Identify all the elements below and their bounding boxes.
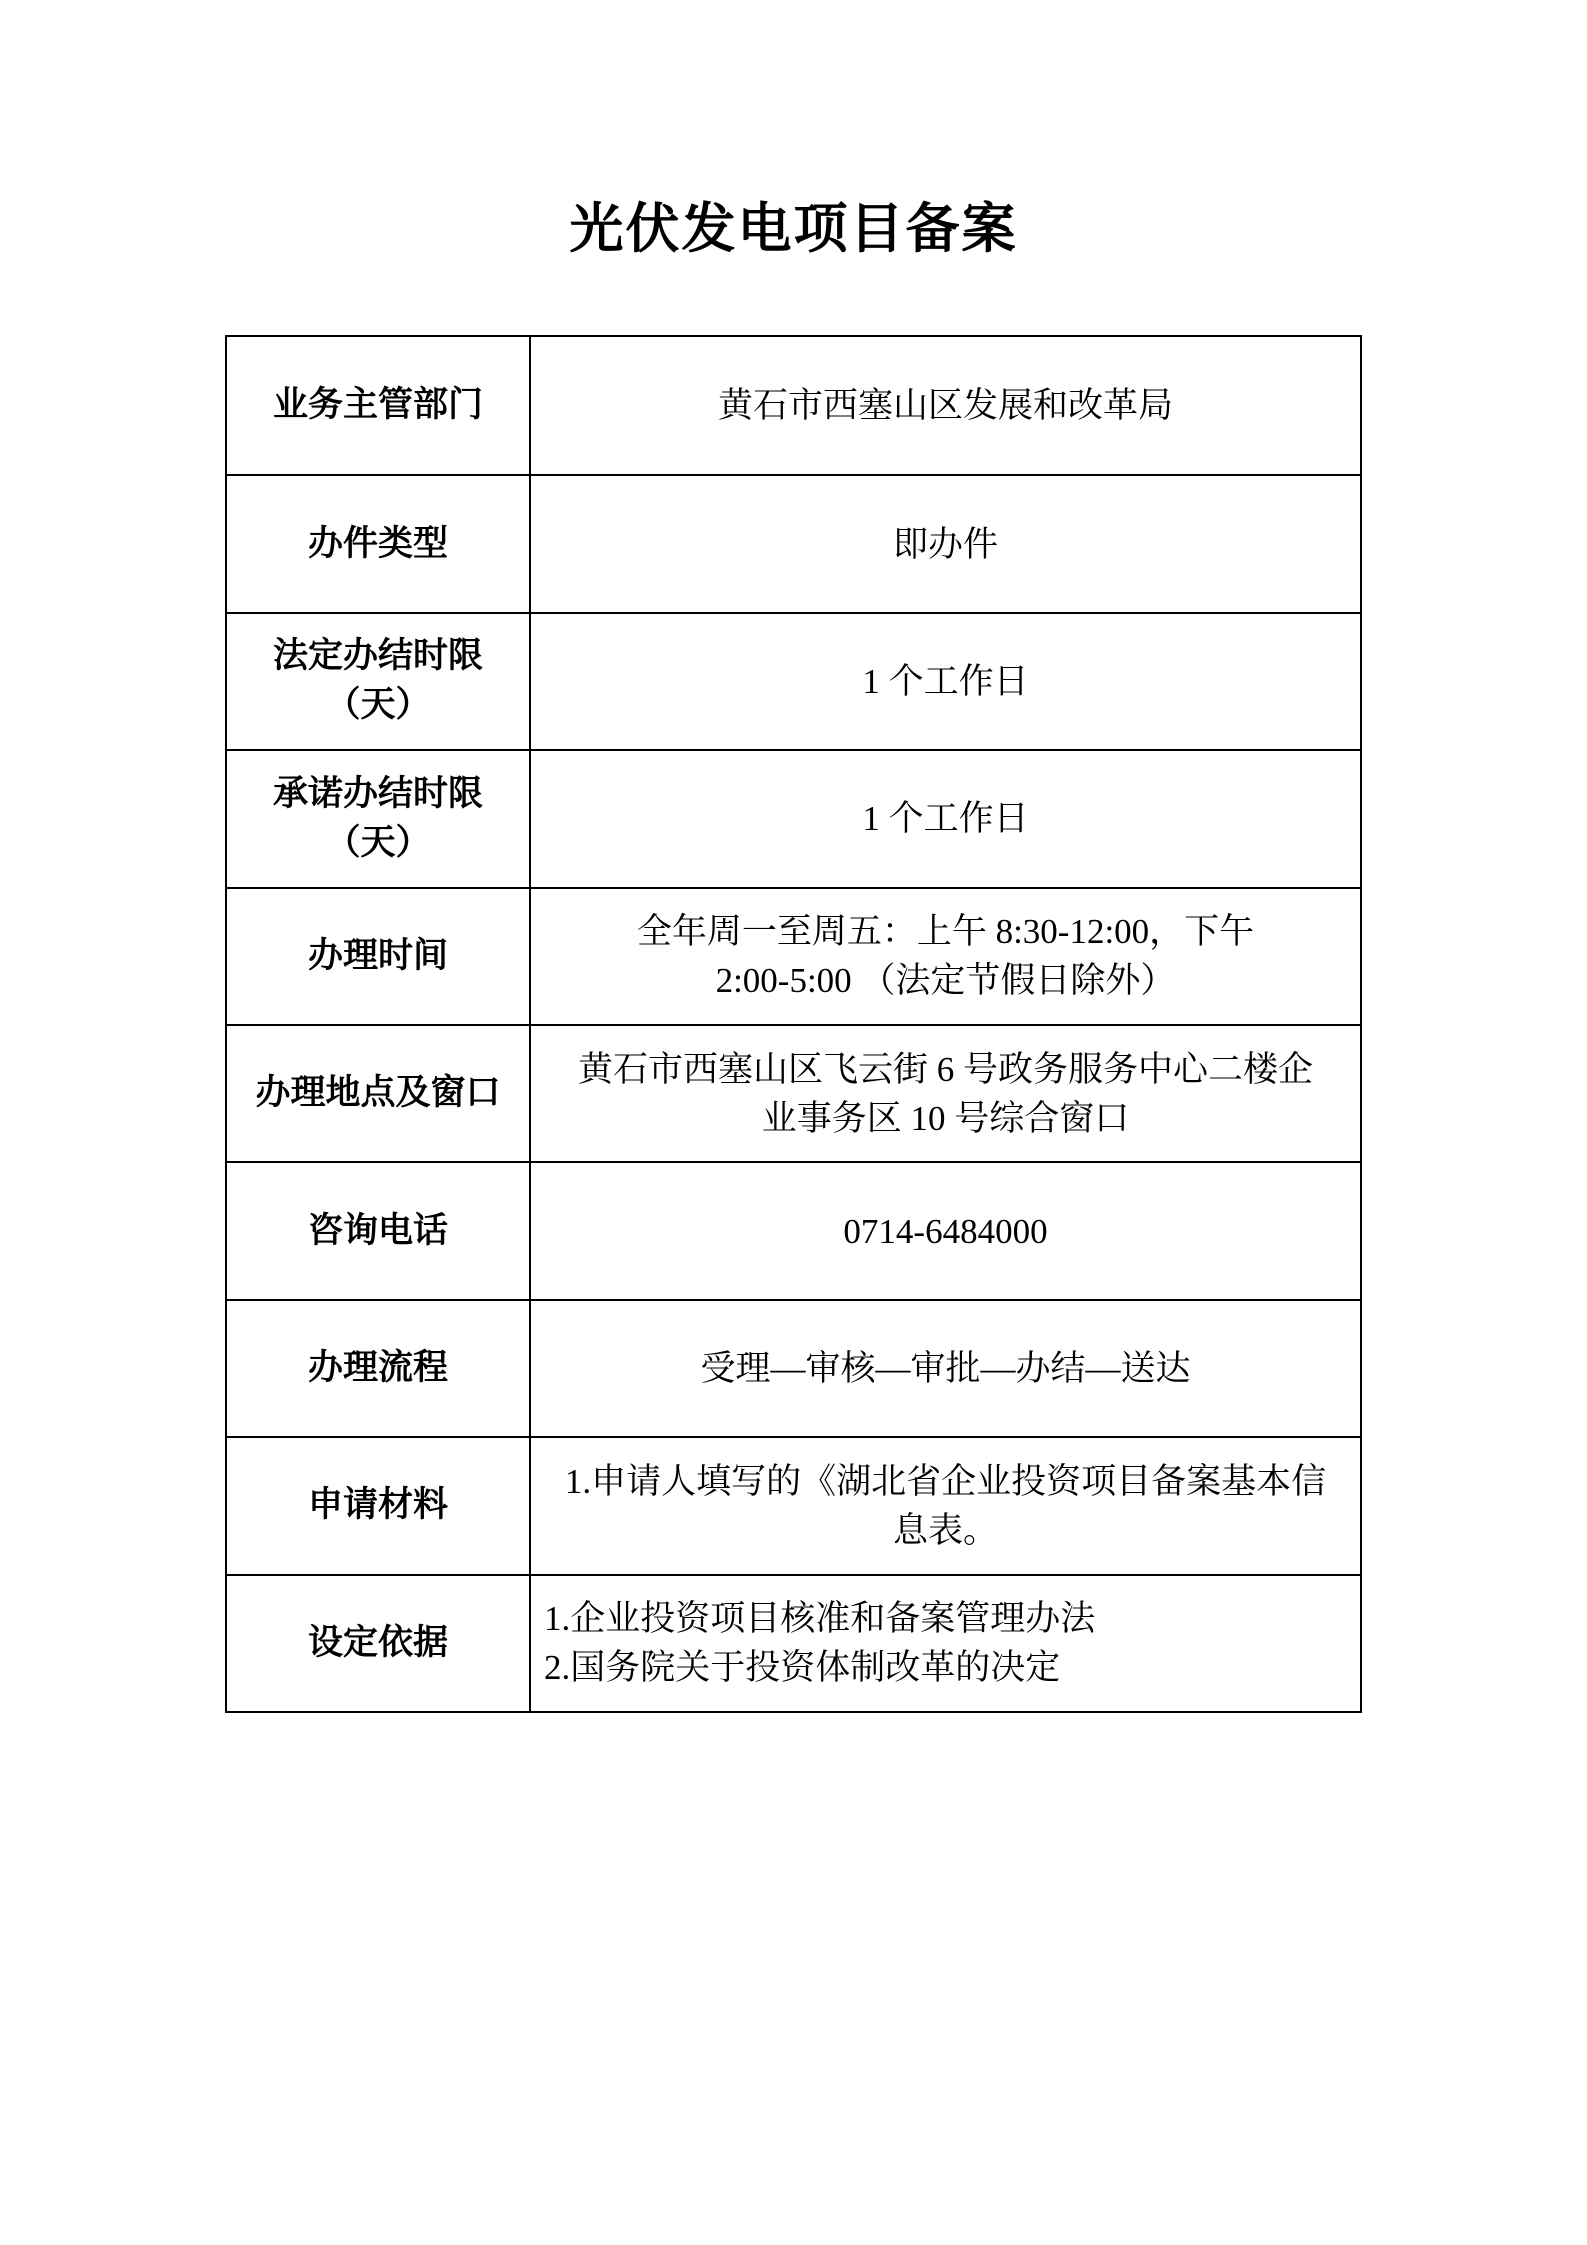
table-row: 申请材料 1.申请人填写的《湖北省企业投资项目备案基本信 息表。	[227, 1436, 1360, 1573]
table-row: 办理地点及窗口 黄石市西塞山区飞云街 6 号政务服务中心二楼企 业事务区 10 …	[227, 1024, 1360, 1161]
row-label: 办理时间	[227, 889, 529, 1024]
info-table: 业务主管部门 黄石市西塞山区发展和改革局 办件类型 即办件 法定办结时限 （天）…	[225, 335, 1362, 1713]
table-row: 咨询电话 0714-6484000	[227, 1161, 1360, 1298]
row-value: 0714-6484000	[529, 1163, 1360, 1298]
table-row: 办理时间 全年周一至周五：上午 8:30-12:00，下午 2:00-5:00 …	[227, 887, 1360, 1024]
row-label: 办理流程	[227, 1301, 529, 1436]
table-row: 业务主管部门 黄石市西塞山区发展和改革局	[227, 337, 1360, 474]
row-label: 办理地点及窗口	[227, 1026, 529, 1161]
document-page: 光伏发电项目备案 业务主管部门 黄石市西塞山区发展和改革局 办件类型 即办件 法…	[0, 0, 1587, 2245]
row-value: 受理—审核—审批—办结—送达	[529, 1301, 1360, 1436]
page-title: 光伏发电项目备案	[0, 186, 1587, 263]
row-value: 全年周一至周五：上午 8:30-12:00，下午 2:00-5:00 （法定节假…	[529, 889, 1360, 1024]
row-label: 申请材料	[227, 1438, 529, 1573]
row-value: 黄石市西塞山区飞云街 6 号政务服务中心二楼企 业事务区 10 号综合窗口	[529, 1026, 1360, 1161]
row-value: 1 个工作日	[529, 614, 1360, 749]
row-value: 黄石市西塞山区发展和改革局	[529, 337, 1360, 474]
row-value: 1.企业投资项目核准和备案管理办法 2.国务院关于投资体制改革的决定	[529, 1576, 1360, 1711]
row-value: 1 个工作日	[529, 751, 1360, 886]
row-label: 法定办结时限 （天）	[227, 614, 529, 749]
table-row: 承诺办结时限 （天） 1 个工作日	[227, 749, 1360, 886]
row-value: 即办件	[529, 476, 1360, 611]
row-label: 业务主管部门	[227, 337, 529, 474]
row-label: 承诺办结时限 （天）	[227, 751, 529, 886]
table-row: 法定办结时限 （天） 1 个工作日	[227, 612, 1360, 749]
table-row: 办理流程 受理—审核—审批—办结—送达	[227, 1299, 1360, 1436]
row-label: 咨询电话	[227, 1163, 529, 1298]
row-value: 1.申请人填写的《湖北省企业投资项目备案基本信 息表。	[529, 1438, 1360, 1573]
row-label: 设定依据	[227, 1576, 529, 1711]
row-label: 办件类型	[227, 476, 529, 611]
table-row: 设定依据 1.企业投资项目核准和备案管理办法 2.国务院关于投资体制改革的决定	[227, 1574, 1360, 1711]
table-row: 办件类型 即办件	[227, 474, 1360, 611]
